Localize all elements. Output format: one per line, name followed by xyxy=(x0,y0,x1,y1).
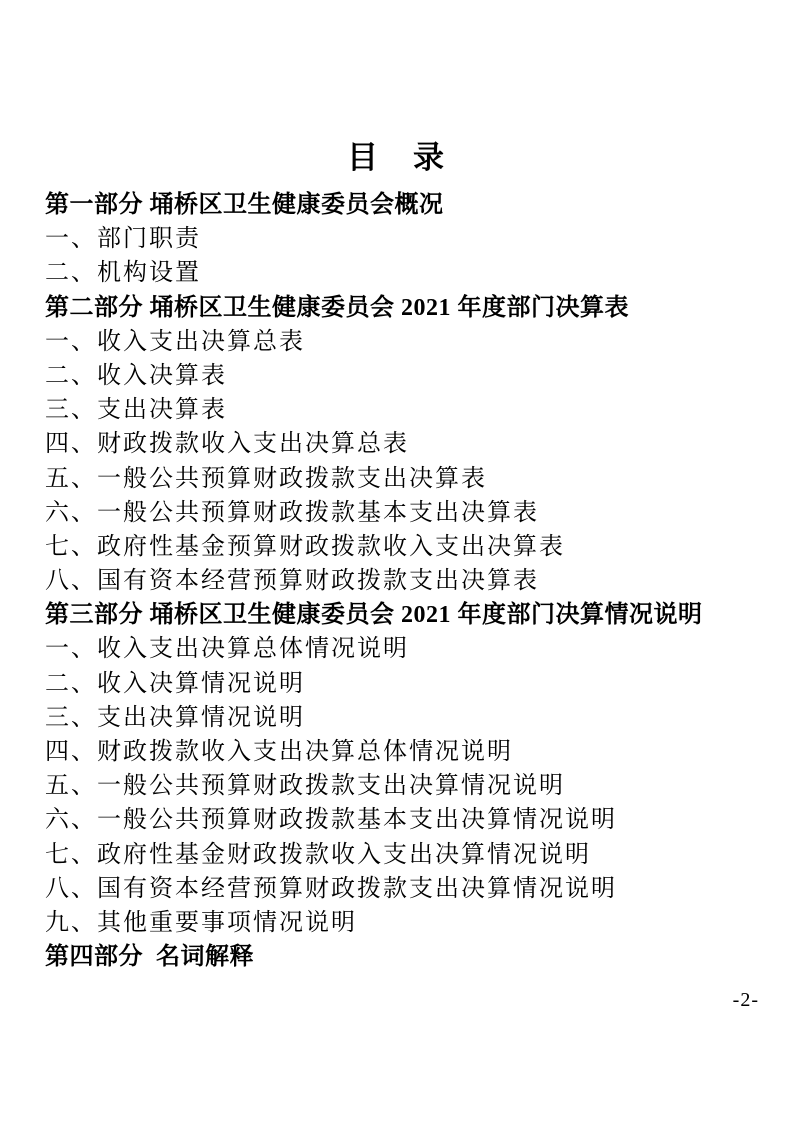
toc-entry: 九、其他重要事项情况说明 xyxy=(45,906,773,940)
toc-entry: 五、一般公共预算财政拨款支出决算表 xyxy=(45,462,773,496)
toc-entry: 六、一般公共预算财政拨款基本支出决算情况说明 xyxy=(45,803,773,837)
toc-entry: 六、一般公共预算财政拨款基本支出决算表 xyxy=(45,496,773,530)
toc-entry: 八、国有资本经营预算财政拨款支出决算表 xyxy=(45,564,773,598)
toc-entry: 二、收入决算表 xyxy=(45,359,773,393)
page-title: 目 录 xyxy=(0,138,793,178)
toc-entry: 七、政府性基金预算财政拨款收入支出决算表 xyxy=(45,530,773,564)
document-page: 目 录 第一部分 埇桥区卫生健康委员会概况一、部门职责二、机构设置第二部分 埇桥… xyxy=(0,0,793,1122)
toc-list: 第一部分 埇桥区卫生健康委员会概况一、部门职责二、机构设置第二部分 埇桥区卫生健… xyxy=(45,188,773,974)
toc-entry: 五、一般公共预算财政拨款支出决算情况说明 xyxy=(45,769,773,803)
toc-section-heading: 第二部分 埇桥区卫生健康委员会 2021 年度部门决算表 xyxy=(45,291,773,325)
toc-section-heading: 第四部分 名词解释 xyxy=(45,940,773,974)
toc-entry: 一、部门职责 xyxy=(45,222,773,256)
toc-entry: 一、收入支出决算总表 xyxy=(45,325,773,359)
toc-entry: 三、支出决算表 xyxy=(45,393,773,427)
toc-entry: 八、国有资本经营预算财政拨款支出决算情况说明 xyxy=(45,872,773,906)
page-number: -2- xyxy=(733,988,759,1012)
toc-entry: 四、财政拨款收入支出决算总体情况说明 xyxy=(45,735,773,769)
toc-entry: 二、机构设置 xyxy=(45,256,773,290)
toc-entry: 二、收入决算情况说明 xyxy=(45,667,773,701)
toc-section-heading: 第一部分 埇桥区卫生健康委员会概况 xyxy=(45,188,773,222)
toc-entry: 四、财政拨款收入支出决算总表 xyxy=(45,427,773,461)
toc-section-heading: 第三部分 埇桥区卫生健康委员会 2021 年度部门决算情况说明 xyxy=(45,598,773,632)
toc-entry: 七、政府性基金财政拨款收入支出决算情况说明 xyxy=(45,838,773,872)
toc-entry: 一、收入支出决算总体情况说明 xyxy=(45,632,773,666)
toc-entry: 三、支出决算情况说明 xyxy=(45,701,773,735)
